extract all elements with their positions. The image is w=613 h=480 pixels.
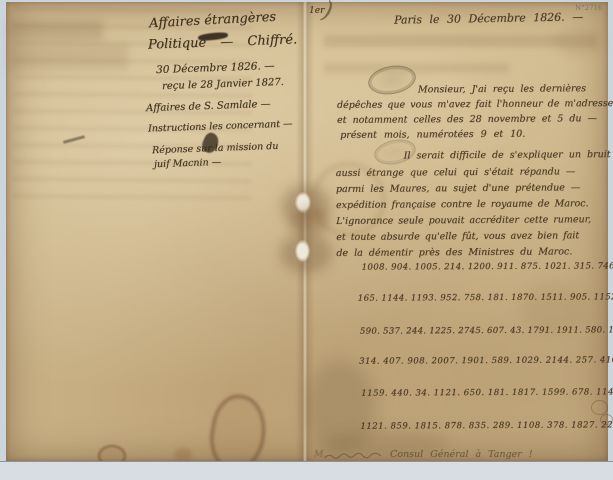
cipher-line: 1121. 859. 1815. 878. 835. 289. 1108. 37… [360,420,613,432]
bleedthrough-band [324,35,596,47]
paragraph-1: Monsieur, J'ai reçu les dernières dépêch… [334,83,608,147]
letter-line: Il serait difficile de s'expliquer un br… [404,149,611,161]
fold-crease [296,2,314,461]
letter-line: parmi les Maures, au sujet d'une prétend… [336,182,580,195]
damp-stain [554,26,604,56]
cipher-line: 590. 537. 244. 1225. 2745. 607. 43. 1791… [360,325,613,337]
letter-line: et notamment celles des 28 novembre et 5… [337,113,597,126]
letter-line: Monsieur, J'ai reçu les dernières [418,83,586,95]
letter-line: dépêches que vous m'avez fait l'honneur … [337,98,613,111]
scanned-letter-screenshot: Affaires étrangères Politique — Chiffré.… [0,0,613,480]
scanner-background [0,461,613,480]
spot-stain [174,448,192,462]
cipher-line: 1008. 904. 1005. 214. 1200. 911. 875. 10… [362,261,613,273]
footer-address: M. Consul Général à Tanger ! [314,448,604,462]
letter-line: expédition française contre le royaume d… [336,198,589,211]
flourish-paren: ) [320,0,336,25]
letter-line: et toute absurde qu'elle fût, vous avez … [336,230,579,243]
cipher-block: 1008. 904. 1005. 214. 1200. 911. 875. 10… [358,256,613,437]
annotation-subject-3b: juif Macnin — [154,157,221,170]
paragraph-2: Il serait difficile de s'expliquer un br… [334,149,613,263]
cipher-line: 1159. 440. 34. 1121. 650. 181. 1817. 159… [361,387,613,399]
dateline: Paris le 30 Décembre 1826. — [394,10,583,26]
footer-addressee: Consul Général à Tanger ! [390,449,533,460]
letter-line: L'ignorance seule pouvait accréditer cet… [336,214,591,227]
letter-line: présent mois, numérotées 9 et 10. [340,129,525,141]
cipher-line: 314. 407. 908. 2007. 1901. 589. 1029. 21… [359,355,613,367]
bleedthrough-band [324,63,509,73]
letter-line: aussi étrange que celui qui s'était répa… [336,166,576,179]
letter-sheet: Affaires étrangères Politique — Chiffré.… [6,2,608,461]
cipher-line: 165. 1144. 1193. 952. 758. 181. 1870. 15… [358,292,613,304]
